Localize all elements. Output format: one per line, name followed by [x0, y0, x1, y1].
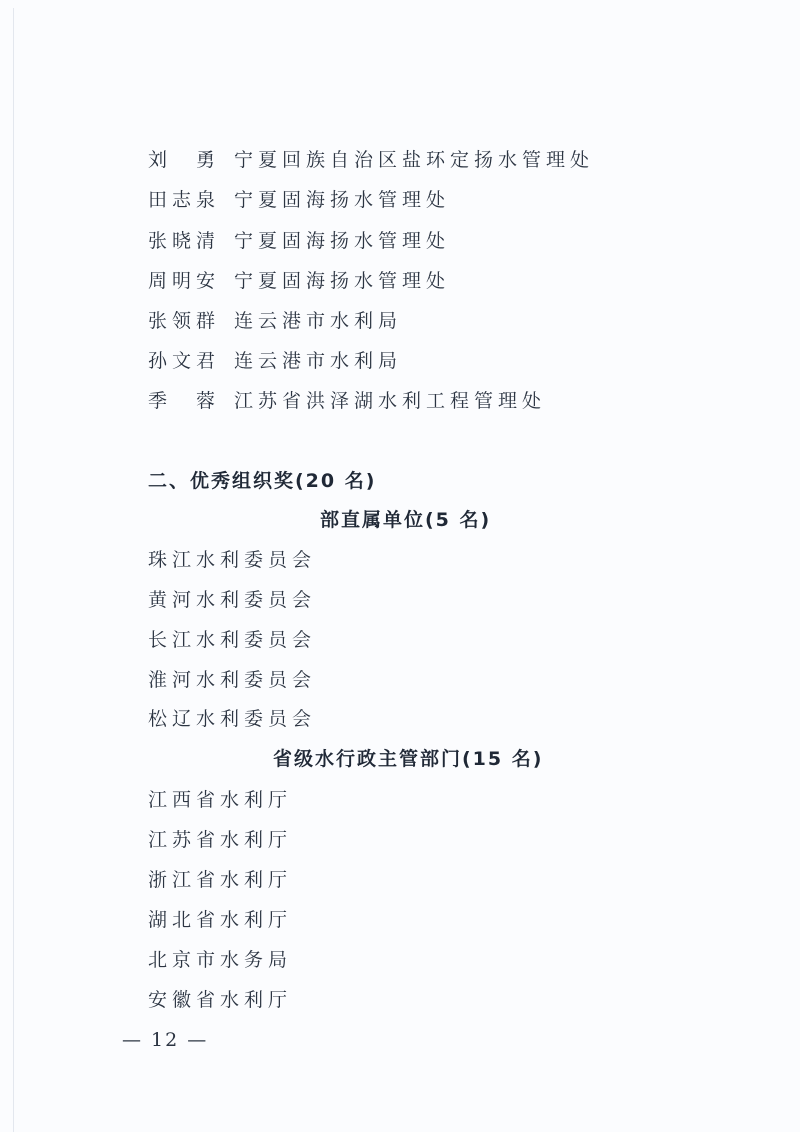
organization: 宁夏固海扬水管理处: [234, 230, 450, 252]
organization: 宁夏固海扬水管理处: [234, 189, 450, 211]
awardee-row: 田志泉宁夏固海扬水管理处: [148, 188, 450, 212]
list-item: 淮河水利委员会: [148, 668, 316, 692]
list-item: 江苏省水利厅: [148, 828, 292, 852]
organization: 连云港市水利局: [234, 310, 402, 332]
list-item: 长江水利委员会: [148, 628, 316, 652]
person-name: 张晓清: [148, 229, 234, 253]
group-title: 省级水行政主管部门(15 名): [273, 747, 543, 771]
list-item: 湖北省水利厅: [148, 908, 292, 932]
page-number: — 12 —: [122, 1028, 208, 1052]
awardee-row: 孙文君连云港市水利局: [148, 349, 402, 373]
awardee-row: 周明安宁夏固海扬水管理处: [148, 269, 450, 293]
list-item: 江西省水利厅: [148, 788, 292, 812]
section-heading: 二、优秀组织奖(20 名): [148, 469, 376, 493]
organization: 宁夏固海扬水管理处: [234, 270, 450, 292]
list-item: 北京市水务局: [148, 948, 292, 972]
person-name: 季 蓉: [148, 389, 234, 413]
awardee-row: 张领群连云港市水利局: [148, 309, 402, 333]
organization: 连云港市水利局: [234, 350, 402, 372]
page-edge: [13, 8, 14, 1132]
organization: 宁夏回族自治区盐环定扬水管理处: [234, 149, 594, 171]
awardee-row: 季 蓉江苏省洪泽湖水利工程管理处: [148, 389, 546, 413]
person-name: 孙文君: [148, 349, 234, 373]
awardee-row: 刘 勇宁夏回族自治区盐环定扬水管理处: [148, 148, 594, 172]
list-item: 黄河水利委员会: [148, 588, 316, 612]
group-title: 部直属单位(5 名): [320, 508, 491, 532]
person-name: 张领群: [148, 309, 234, 333]
person-name: 周明安: [148, 269, 234, 293]
person-name: 刘 勇: [148, 148, 234, 172]
list-item: 松辽水利委员会: [148, 707, 316, 731]
person-name: 田志泉: [148, 188, 234, 212]
list-item: 浙江省水利厅: [148, 868, 292, 892]
list-item: 安徽省水利厅: [148, 988, 292, 1012]
list-item: 珠江水利委员会: [148, 548, 316, 572]
awardee-row: 张晓清宁夏固海扬水管理处: [148, 229, 450, 253]
organization: 江苏省洪泽湖水利工程管理处: [234, 390, 546, 412]
